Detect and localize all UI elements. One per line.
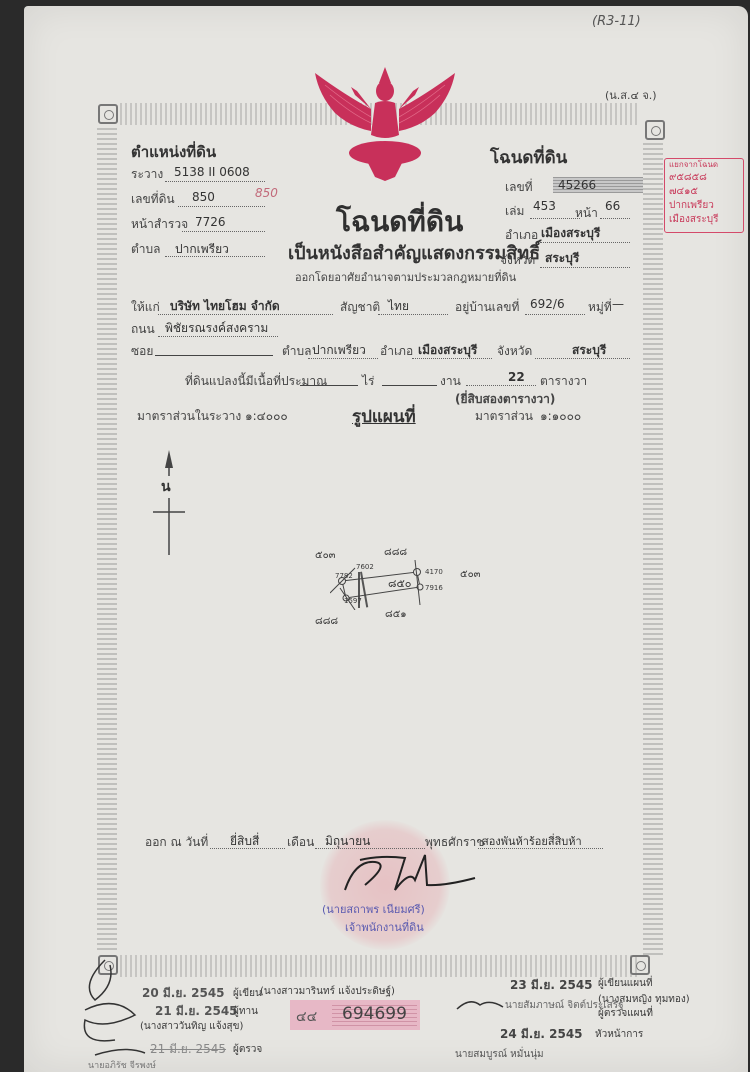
footer-right-name: นายสมบูรณ์ หมั่นนุ่ม	[455, 1047, 544, 1062]
field-label: จังหวัด	[500, 251, 535, 270]
issued-day-value: ยี่สิบสี่	[230, 832, 259, 851]
field-label: หน้าสำรวจ	[131, 215, 188, 234]
written-date: 20 มี.ย. 2545	[142, 984, 225, 1003]
clerk-signatures	[75, 955, 155, 1065]
land-number-value: 850	[192, 190, 215, 204]
field-label: หมู่ที่	[588, 298, 612, 317]
corner-ornament-icon	[630, 955, 650, 975]
field-label: เลขที่ดิน	[131, 190, 175, 209]
writer-name: (นางสาวมารินทร์ แจ้งประดิษฐ์)	[260, 984, 395, 999]
corner-ornament-icon	[645, 120, 665, 140]
book-value: 453	[533, 199, 556, 213]
rai-label: ไร่	[362, 372, 374, 391]
house-number-value: 692/6	[530, 297, 565, 311]
map-writer-role: ผู้เขียนแผนที่	[598, 976, 653, 991]
map-written-date: 23 มี.ย. 2545	[510, 976, 593, 995]
wa-value: 22	[508, 370, 525, 384]
scale-left-label: มาตราส่วนในระวาง	[137, 407, 241, 426]
stamp-line: ปากเพรียว	[669, 199, 743, 213]
soi-blank-line	[155, 355, 273, 356]
field-underline	[466, 385, 536, 386]
neighbor-parcel: ๘๘๘	[315, 614, 338, 629]
ngan-blank-line	[382, 385, 437, 386]
map-checker-signature	[455, 995, 505, 1013]
checker-role: ผู้ตรวจ	[233, 1042, 262, 1057]
parcel-label: ๘๕๐	[388, 574, 412, 592]
field-label: เล่ม	[505, 202, 524, 221]
land-position-heading: ตำแหน่งที่ดิน	[131, 140, 216, 164]
issued-date-label: ออก ณ วันที่	[145, 833, 208, 852]
writer-role: ผู้เขียน	[233, 986, 262, 1001]
reference-note: (R3-11)	[592, 14, 641, 29]
road-value: พิชัยรณรงค์สงคราม	[165, 319, 268, 338]
field-label: ระวาง	[131, 165, 163, 184]
security-border-bottom	[120, 955, 640, 977]
field-underline	[530, 218, 580, 219]
field-label: อยู่บ้านเลขที่	[455, 298, 519, 317]
officer-name: (นายสถาพร เนียมศรี)	[322, 900, 425, 918]
field-label: ถนน	[131, 320, 155, 339]
field-label: อำเภอ	[505, 226, 538, 245]
footer-left-name: นายอภิรัช จีรพงษ์	[88, 1058, 156, 1072]
north-arrow-icon	[150, 450, 190, 555]
field-label: เลขที่	[505, 178, 533, 197]
field-label: ให้แก่	[131, 298, 160, 317]
survey-point: 7916	[425, 584, 443, 592]
map-checker-role: ผู้ตรวจแผนที่	[598, 1006, 653, 1021]
survey-point: 4170	[425, 568, 443, 576]
ngan-label: งาน	[440, 372, 461, 391]
survey-point: 1597	[344, 597, 362, 605]
neighbor-parcel: ๕๐๓	[460, 567, 481, 582]
field-label: อำเภอ	[380, 342, 413, 361]
stamp-header: แยกจากโฉนด	[669, 159, 743, 171]
security-border-left	[97, 125, 117, 950]
issued-month-value: มิถุนายน	[325, 832, 370, 851]
chief-role: หัวหน้าการ	[595, 1027, 643, 1042]
province-value: สระบุรี	[545, 249, 579, 268]
deed-info-heading: โฉนดที่ดิน	[490, 144, 567, 171]
deed-number-value: 45266	[558, 178, 596, 192]
survey-point: 7782	[335, 572, 353, 580]
land-number-annotation: 850	[255, 186, 278, 200]
field-label: หน้า	[575, 204, 598, 223]
field-underline	[182, 231, 265, 232]
field-label: จังหวัด	[497, 342, 532, 361]
field-underline	[165, 181, 265, 182]
neighbor-parcel: ๘๕๑	[385, 607, 407, 622]
security-border-right	[643, 140, 663, 955]
field-label: ซอย	[131, 342, 153, 361]
field-label: สัญชาติ	[340, 298, 380, 317]
stamp-line: เมืองสระบุรี	[669, 213, 743, 227]
scale-left-value: ๑:๔๐๐๐	[245, 407, 288, 426]
survey-point: 7602	[356, 563, 374, 571]
area-intro: ที่ดินแปลงนี้มีเนื้อที่ประมาณ	[185, 372, 327, 391]
reviewer-name: (นางสาววันทิญ แจ้งสุข)	[140, 1019, 243, 1034]
field-underline	[525, 314, 585, 315]
check-date: 21 มี.ย. 2545	[150, 1040, 226, 1059]
stamp-line: ๗๔๑๕	[669, 185, 743, 199]
moo-value: —	[612, 297, 624, 311]
nationality-value: ไทย	[388, 297, 409, 316]
wa-label: ตารางวา	[540, 372, 587, 391]
neighbor-parcel: ๘๘๘	[384, 545, 407, 560]
owner-tambon-value: ปากเพรียว	[312, 341, 366, 360]
officer-title: เจ้าพนักงานที่ดิน	[345, 918, 424, 936]
scale-right-label: มาตราส่วน	[475, 407, 533, 426]
amphoe-value: เมืองสระบุรี	[541, 224, 600, 243]
month-label: เดือน	[287, 833, 314, 852]
form-code: (น.ส.๔ จ.)	[605, 86, 657, 104]
neighbor-parcel: ๕๐๓	[315, 548, 336, 563]
stamp-line: ๙๕๘๕๘	[669, 171, 743, 185]
corner-ornament-icon	[98, 104, 118, 124]
issued-under-law: ออกโดยอาศัยอำนาจตามประมวลกฎหมายที่ดิน	[295, 268, 516, 286]
page-value: 66	[605, 199, 620, 213]
split-from-deed-stamp: แยกจากโฉนด ๙๕๘๕๘ ๗๔๑๕ ปากเพรียว เมืองสระ…	[664, 158, 744, 233]
field-label: ตำบล	[131, 240, 161, 259]
owner-province-value: สระบุรี	[572, 341, 606, 360]
owner-name-value: บริษัท ไทยโฮม จำกัด	[170, 297, 280, 316]
field-underline	[178, 206, 265, 207]
rawang-value: 5138 II 0608	[174, 165, 250, 179]
serial-prefix: ๔๔	[296, 1006, 317, 1028]
tambon-value: ปากเพรียว	[175, 240, 229, 259]
field-underline	[600, 218, 630, 219]
chief-date: 24 มี.ย. 2545	[500, 1025, 583, 1044]
issued-year-value: สองพันห้าร้อยสี่สิบห้า	[482, 832, 582, 850]
garuda-emblem-icon	[305, 65, 465, 185]
north-label: น	[161, 476, 171, 498]
survey-page-value: 7726	[195, 215, 226, 229]
owner-amphoe-value: เมืองสระบุรี	[418, 341, 477, 360]
serial-number-box: ๔๔ 694699	[290, 1000, 420, 1030]
reviewer-role: ผู้ทาน	[233, 1004, 258, 1019]
rai-blank-line	[300, 385, 358, 386]
officer-signature	[335, 850, 480, 900]
map-heading: รูปแผนที่	[352, 403, 416, 430]
scale-right-value: ๑:๑๐๐๐	[540, 407, 581, 426]
serial-number: 694699	[342, 1004, 407, 1024]
